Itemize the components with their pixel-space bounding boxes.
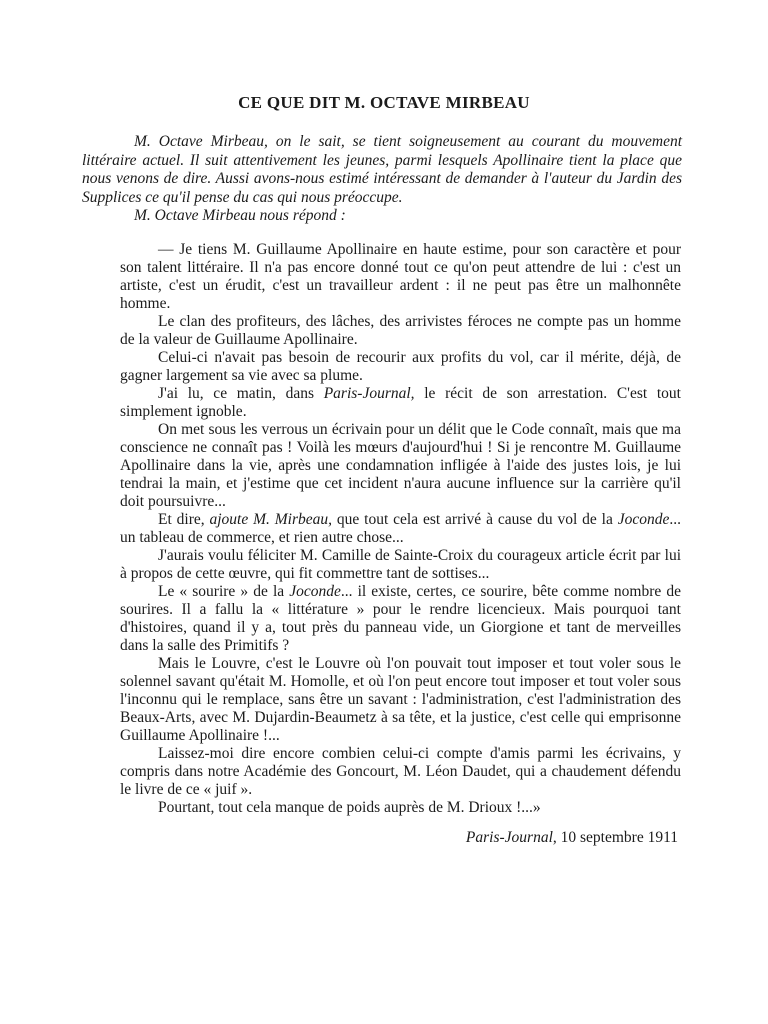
document-page: CE QUE DIT M. OCTAVE MIRBEAU M. Octave M…	[0, 0, 768, 1024]
paragraph: J'aurais voulu féliciter M. Camille de S…	[120, 547, 681, 583]
text-run: J'ai lu, ce matin, dans	[158, 385, 324, 402]
text-run: J'aurais voulu féliciter M. Camille de S…	[120, 547, 681, 582]
intro-section: M. Octave Mirbeau, on le sait, se tient …	[82, 133, 682, 226]
italic-text-run: ajoute M. Mirbeau,	[210, 511, 333, 528]
text-run: M. Octave Mirbeau, on le sait, se tient …	[82, 133, 682, 206]
paragraph: Et dire, ajoute M. Mirbeau, que tout cel…	[120, 511, 681, 547]
text-run: Mais le Louvre, c'est le Louvre où l'on …	[120, 655, 681, 744]
paragraph: M. Octave Mirbeau nous répond :	[82, 207, 682, 226]
text-run: Le « sourire » de la	[158, 583, 289, 600]
paragraph: — Je tiens M. Guillaume Apollinaire en h…	[120, 241, 681, 313]
paragraph: Le clan des profiteurs, des lâches, des …	[120, 313, 681, 349]
text-run: M. Octave Mirbeau nous répond :	[134, 207, 346, 224]
text-run: — Je tiens M. Guillaume Apollinaire en h…	[120, 241, 681, 312]
paragraph: Celui-ci n'avait pas besoin de recourir …	[120, 349, 681, 385]
text-run: Pourtant, tout cela manque de poids aupr…	[158, 799, 541, 816]
paragraph: Paris-Journal, 10 septembre 1911	[0, 828, 678, 847]
document-title: CE QUE DIT M. OCTAVE MIRBEAU	[0, 0, 768, 113]
italic-text-run: Paris-Journal,	[324, 385, 415, 402]
text-run: , 10 septembre 1911	[553, 829, 678, 846]
source-citation: Paris-Journal, 10 septembre 1911	[0, 828, 678, 847]
text-run: Et dire,	[158, 511, 210, 528]
paragraph: M. Octave Mirbeau, on le sait, se tient …	[82, 133, 682, 207]
text-run: Celui-ci n'avait pas besoin de recourir …	[120, 349, 681, 384]
interview-body-section: — Je tiens M. Guillaume Apollinaire en h…	[120, 241, 681, 817]
italic-text-run: Joconde	[289, 583, 341, 600]
text-run: Le clan des profiteurs, des lâches, des …	[120, 313, 681, 348]
text-run: On met sous les verrous un écrivain pour…	[120, 421, 681, 510]
paragraph: Laissez-moi dire encore combien celui-ci…	[120, 745, 681, 799]
text-run: que tout cela est arrivé à cause du vol …	[332, 511, 618, 528]
paragraph: On met sous les verrous un écrivain pour…	[120, 421, 681, 511]
paragraph: Pourtant, tout cela manque de poids aupr…	[120, 799, 681, 817]
italic-text-run: Paris-Journal	[466, 829, 553, 846]
paragraph: Mais le Louvre, c'est le Louvre où l'on …	[120, 655, 681, 745]
italic-text-run: Joconde	[618, 511, 670, 528]
paragraph: J'ai lu, ce matin, dans Paris-Journal, l…	[120, 385, 681, 421]
text-run: Laissez-moi dire encore combien celui-ci…	[120, 745, 681, 798]
paragraph: Le « sourire » de la Joconde... il exist…	[120, 583, 681, 655]
